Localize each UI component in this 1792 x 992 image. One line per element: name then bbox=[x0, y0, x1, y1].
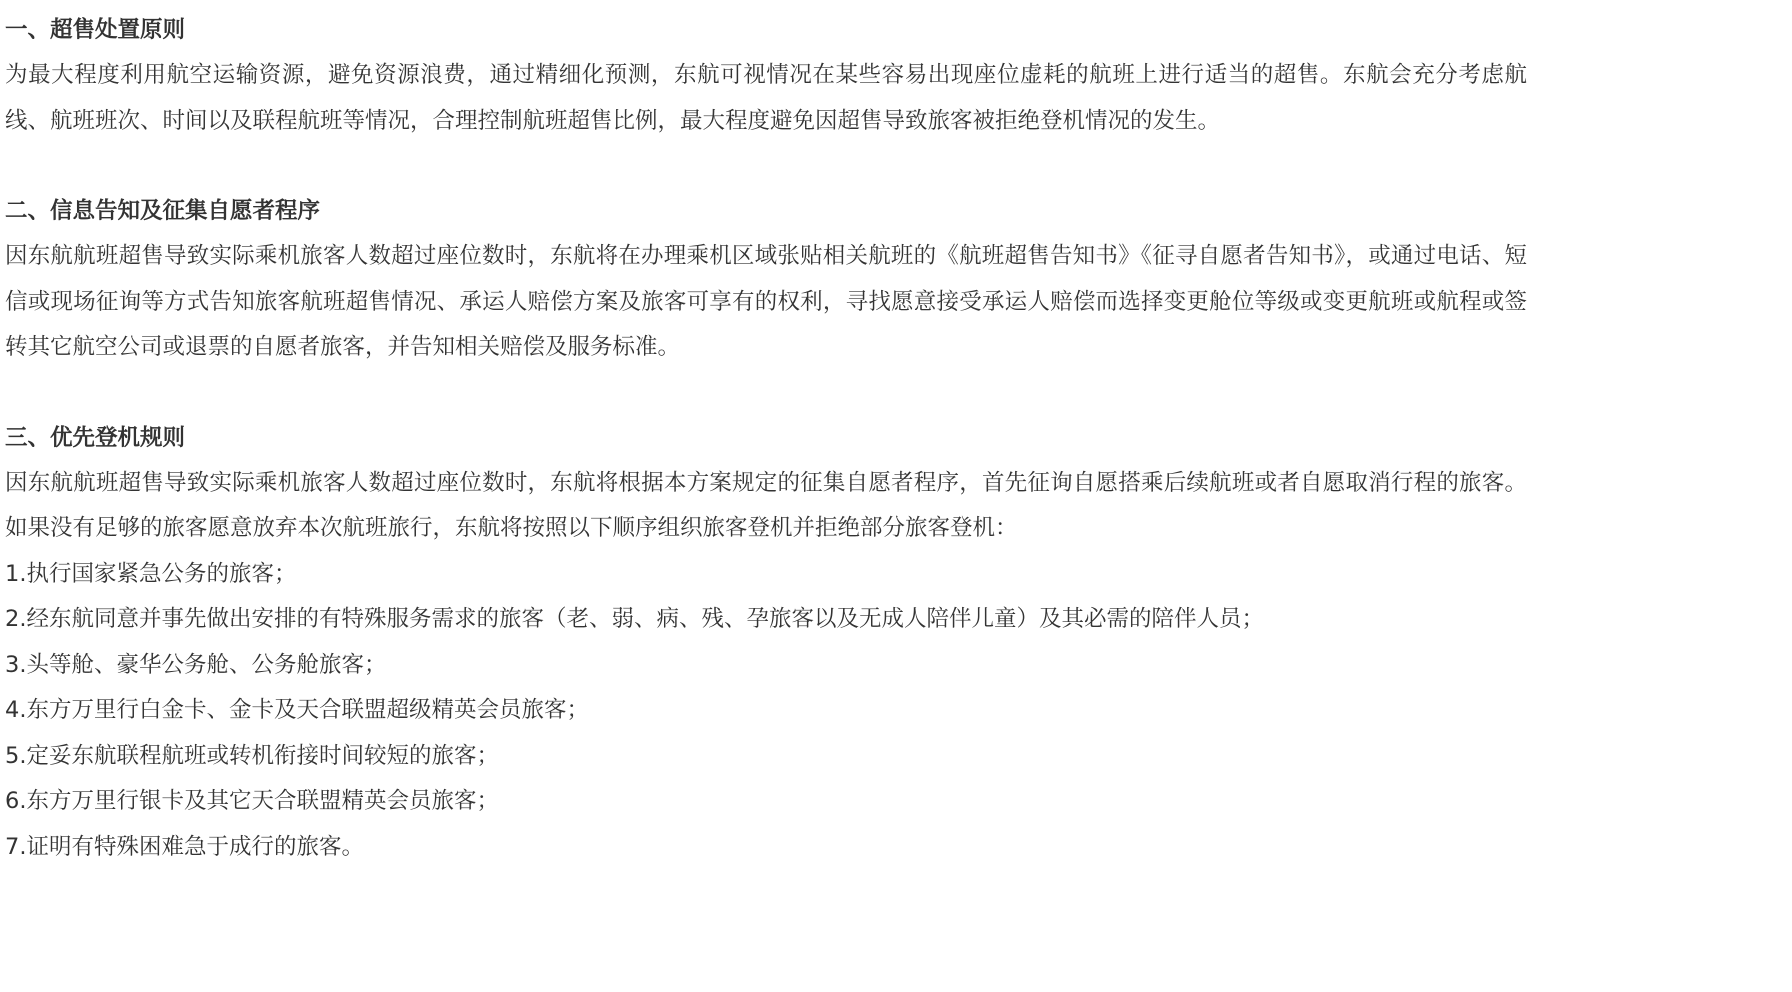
document-body: 一、超售处置原则 为最大程度利用航空运输资源，避免资源浪费，通过精细化预测，东航… bbox=[5, 8, 1527, 870]
list-item: 6.东方万里行银卡及其它天合联盟精英会员旅客； bbox=[5, 779, 1527, 825]
list-item: 1.执行国家紧急公务的旅客； bbox=[5, 552, 1527, 598]
section-spacer bbox=[5, 144, 1527, 189]
section-oversale-principle: 一、超售处置原则 为最大程度利用航空运输资源，避免资源浪费，通过精细化预测，东航… bbox=[5, 8, 1527, 144]
section-spacer bbox=[5, 371, 1527, 416]
list-item: 4.东方万里行白金卡、金卡及天合联盟超级精英会员旅客； bbox=[5, 688, 1527, 734]
section-paragraph: 因东航航班超售导致实际乘机旅客人数超过座位数时，东航将根据本方案规定的征集自愿者… bbox=[5, 461, 1527, 552]
section-priority-boarding: 三、优先登机规则 因东航航班超售导致实际乘机旅客人数超过座位数时，东航将根据本方… bbox=[5, 416, 1527, 871]
section-notification-volunteers: 二、信息告知及征集自愿者程序 因东航航班超售导致实际乘机旅客人数超过座位数时，东… bbox=[5, 189, 1527, 371]
section-paragraph: 因东航航班超售导致实际乘机旅客人数超过座位数时，东航将在办理乘机区域张贴相关航班… bbox=[5, 234, 1527, 371]
section-title: 二、信息告知及征集自愿者程序 bbox=[5, 189, 1527, 234]
section-paragraph: 为最大程度利用航空运输资源，避免资源浪费，通过精细化预测，东航可视情况在某些容易… bbox=[5, 53, 1527, 144]
priority-list: 1.执行国家紧急公务的旅客； 2.经东航同意并事先做出安排的有特殊服务需求的旅客… bbox=[5, 552, 1527, 871]
list-item: 5.定妥东航联程航班或转机衔接时间较短的旅客； bbox=[5, 734, 1527, 780]
section-title: 三、优先登机规则 bbox=[5, 416, 1527, 461]
list-item: 3.头等舱、豪华公务舱、公务舱旅客； bbox=[5, 643, 1527, 689]
list-item: 7.证明有特殊困难急于成行的旅客。 bbox=[5, 825, 1527, 871]
section-title: 一、超售处置原则 bbox=[5, 8, 1527, 53]
list-item: 2.经东航同意并事先做出安排的有特殊服务需求的旅客（老、弱、病、残、孕旅客以及无… bbox=[5, 597, 1527, 643]
